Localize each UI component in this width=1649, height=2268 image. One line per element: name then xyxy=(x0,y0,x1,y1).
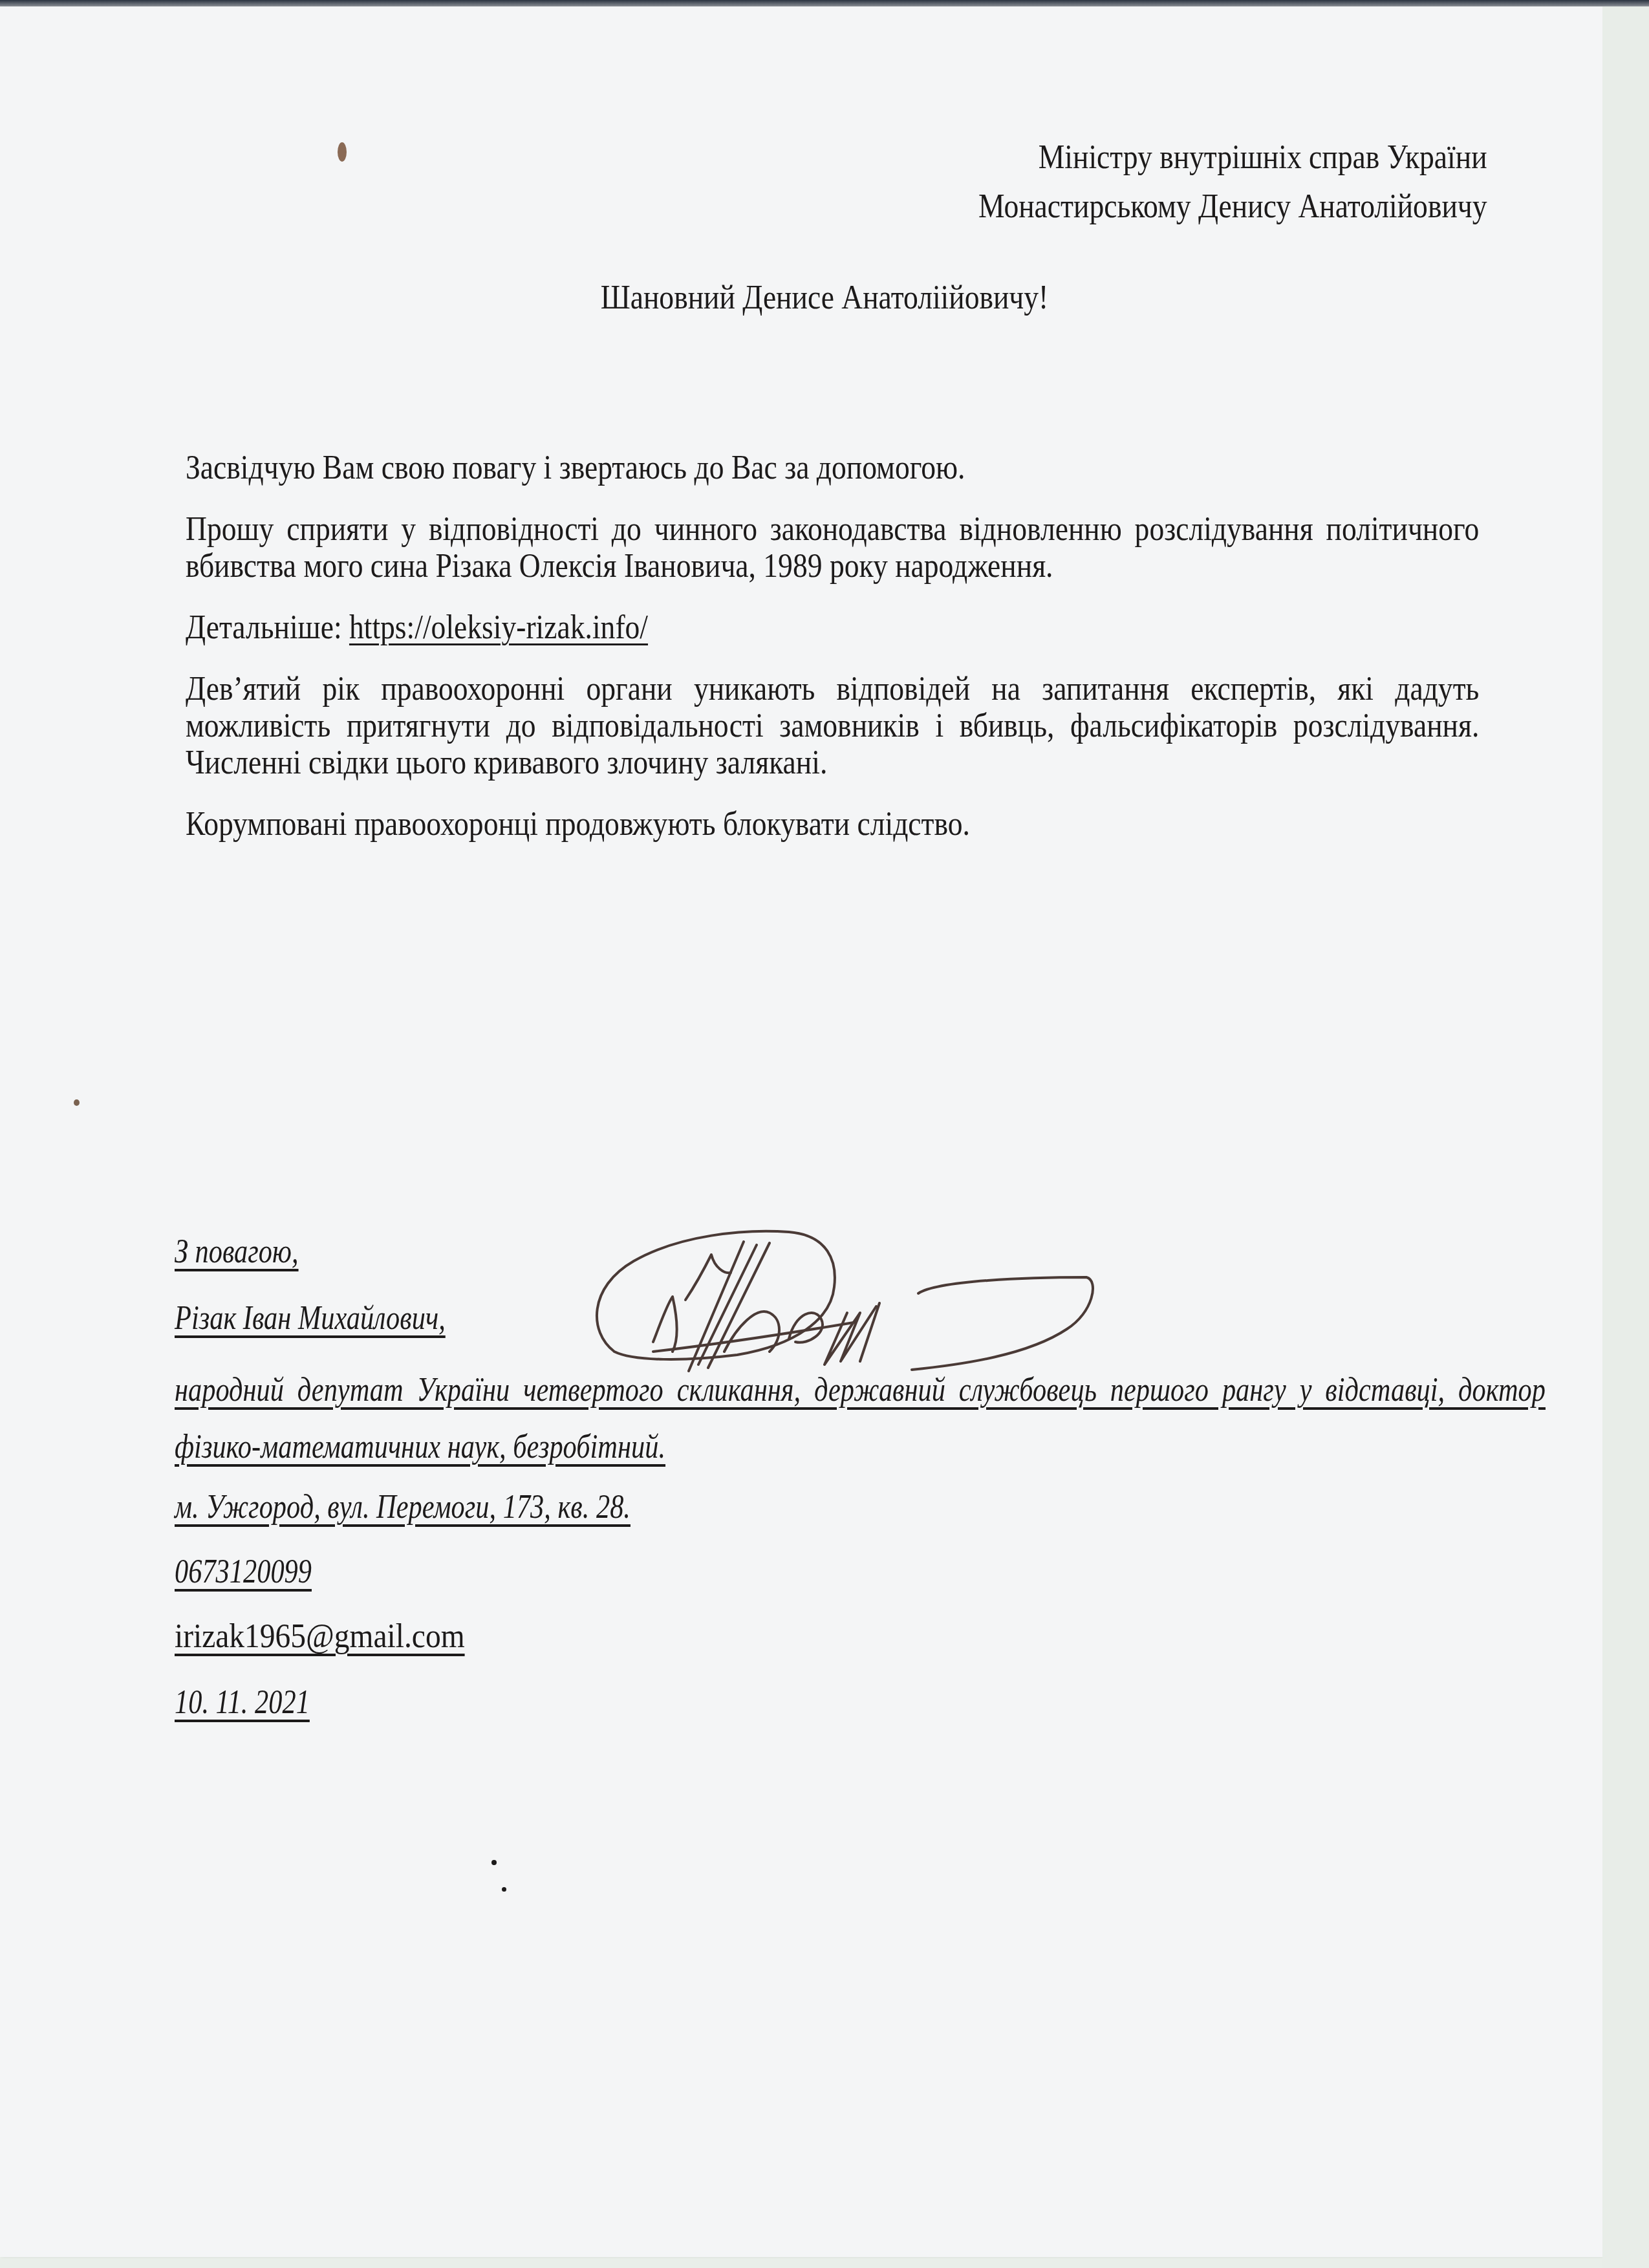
closing-regards: З повагою, xyxy=(175,1232,299,1271)
letter-body: Засвідчую Вам свою повагу і звертаюсь до… xyxy=(186,449,1479,867)
signature-icon xyxy=(576,1216,1119,1377)
scan-speck xyxy=(74,1099,80,1106)
letter-date: 10. 11. 2021 xyxy=(175,1683,310,1722)
paragraph-request: Прошу сприяти у відповідності до чинного… xyxy=(186,511,1479,585)
signer-address: м. Ужгород, вул. Перемоги, 173, кв. 28. xyxy=(175,1487,630,1526)
signer-name: Різак Іван Михайлович, xyxy=(175,1299,446,1337)
details-label: Детальніше: xyxy=(186,609,349,646)
paragraph-ninth-year: Дев’ятий рік правоохоронні органи уникаю… xyxy=(186,671,1479,781)
paragraph-respect: Засвідчую Вам свою повагу і звертаюсь до… xyxy=(186,449,1479,486)
scan-speck xyxy=(491,1860,497,1865)
scan-speck xyxy=(502,1887,506,1892)
signer-phone: 0673120099 xyxy=(175,1552,312,1591)
addressee-block: Міністру внутрішніх справ України Монаст… xyxy=(978,133,1487,231)
signer-email[interactable]: irizak1965@gmail.com xyxy=(175,1617,465,1656)
greeting: Шановний Денисе Анатоліійовичу! xyxy=(116,278,1534,317)
paragraph-details: Детальніше: https://oleksiy-rizak.info/ xyxy=(186,609,1479,646)
website-link[interactable]: https://oleksiy-rizak.info/ xyxy=(349,609,648,646)
signer-title: народний депутат України четвертого скли… xyxy=(175,1361,1546,1475)
scan-speck xyxy=(338,142,347,162)
paragraph-corrupt: Корумповані правоохоронці продовжують бл… xyxy=(186,806,1479,843)
addressee-line-2: Монастирському Денису Анатолійовичу xyxy=(978,182,1487,231)
scanner-margin xyxy=(1602,6,1649,2268)
letter-page xyxy=(0,6,1602,2257)
addressee-line-1: Міністру внутрішніх справ України xyxy=(978,133,1487,182)
